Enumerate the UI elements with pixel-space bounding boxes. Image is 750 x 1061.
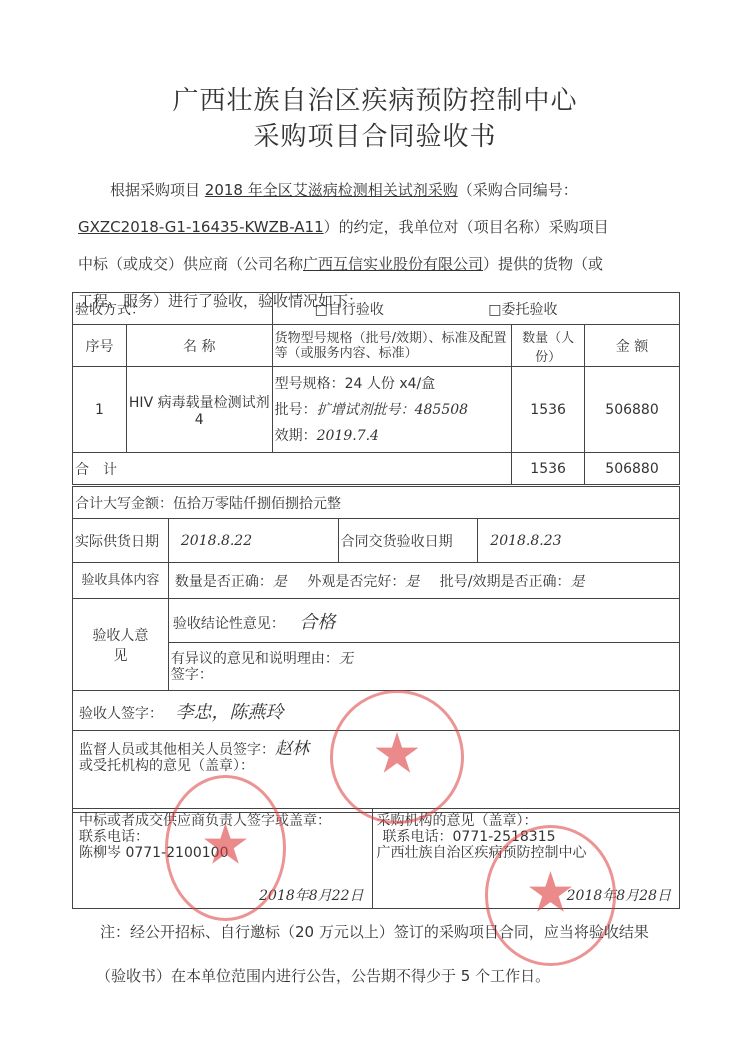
intro-text: 根据采购项目 <box>110 181 200 199</box>
entrusted-inspection-checkbox[interactable]: □委托验收 <box>488 302 557 318</box>
intro-text: ）的约定，我单位对（项目名称）采购项目 <box>324 218 609 236</box>
conclusion-cell: 验收结论性意见： 合格 <box>168 599 679 643</box>
supplier-sign-cell: 中标或者成交供应商负责人签字或盖章： 联系电话： 陈柳岑 0771-210010… <box>73 809 373 909</box>
objection-cell: 有异议的意见和说明理由：无 签字： <box>168 643 679 691</box>
contract-delivery-date: 2018.8.23 <box>478 519 680 563</box>
total-label: 合 计 <box>73 453 512 485</box>
document-title: 广西壮族自治区疾病预防控制中心 <box>0 80 750 117</box>
batch-value: 扩增试剂批号：485508 <box>317 402 468 418</box>
total-amount: 506880 <box>585 453 680 485</box>
conclusion-row: 验收人意见 验收结论性意见： 合格 <box>73 599 680 643</box>
header-qty: 数量（人份） <box>512 325 585 367</box>
supplier-contact: 陈柳岑 0771-2100100 <box>79 845 366 861</box>
purchaser-label: 采购机构的意见（盖章）： <box>377 813 676 829</box>
details-content: 数量是否正确：是 外观是否完好：是 批号/效期是否正确：是 <box>168 563 679 599</box>
table-row: 1 HIV 病毒载量检测试剂 4 型号规格：24 人份 x4/盒 批号：扩增试剂… <box>73 367 680 453</box>
intro-text: 中标（或成交）供应商（公司名称 <box>78 255 303 273</box>
supplier-sign-label: 中标或者成交供应商负责人签字或盖章： <box>79 813 366 829</box>
actual-supply-date: 2018.8.22 <box>168 519 338 563</box>
qty-correct-value: 是 <box>273 574 287 590</box>
spec-text: 型号规格：24 人份 x4/盒 <box>275 371 510 397</box>
entrusted-label: 或受托机构的意见（盖章）： <box>79 758 677 774</box>
qty-correct-label: 数量是否正确： <box>175 574 273 590</box>
self-inspection-checkbox[interactable]: □自行验收 <box>315 302 384 318</box>
supervisor-label: 监督人员或其他相关人员签字： <box>79 742 275 758</box>
row-seq: 1 <box>73 367 127 453</box>
total-qty: 1536 <box>512 453 585 485</box>
appearance-label: 外观是否完好： <box>307 574 405 590</box>
header-spec: 货物型号规格（批号/效期）、标准及配置等（或服务内容、标准） <box>272 325 512 367</box>
opinion-label: 验收人意见 <box>73 599 169 691</box>
objection-label: 有异议的意见和说明理由： <box>171 651 339 667</box>
expiry-label: 效期： <box>275 428 317 444</box>
contract-number: GXZC2018-G1-16435-KWZB-A11 <box>78 218 324 236</box>
amount-words-row: 合计大写金额：伍拾万零陆仟捌佰捌拾元整 <box>73 487 680 519</box>
actual-supply-date-label: 实际供货日期 <box>73 519 169 563</box>
objection-value: 无 <box>339 651 353 667</box>
details-row: 验收具体内容 数量是否正确：是 外观是否完好：是 批号/效期是否正确：是 <box>73 563 680 599</box>
signatures-row: 中标或者成交供应商负责人签字或盖章： 联系电话： 陈柳岑 0771-210010… <box>73 809 680 909</box>
supervisor-signature: 赵林 <box>275 739 309 759</box>
conclusion-label: 验收结论性意见： <box>173 616 285 632</box>
supervisor-cell: 监督人员或其他相关人员签字：赵林 或受托机构的意见（盖章）： <box>73 731 680 813</box>
footnote: 注：经公开招标、自行邀标（20 万元以上）签订的采购项目合同，应当将验收结果 （… <box>100 910 690 998</box>
conclusion-value: 合格 <box>299 612 335 633</box>
amount-in-words: 合计大写金额：伍拾万零陆仟捌佰捌拾元整 <box>73 487 680 519</box>
appearance-value: 是 <box>405 574 419 590</box>
supplier-date: 2018年8月22日 <box>259 888 363 904</box>
sign-label: 签字： <box>171 667 677 683</box>
document-subtitle: 采购项目合同验收书 <box>0 116 750 153</box>
acceptance-table: 合计大写金额：伍拾万零陆仟捌佰捌拾元整 实际供货日期 2018.8.22 合同交… <box>72 486 680 813</box>
inspector-signature: 李忠，陈燕玲 <box>175 702 283 723</box>
project-name: 2018 年全区艾滋病检测相关试剂采购 <box>205 181 458 199</box>
intro-text: （采购合同编号： <box>458 181 578 199</box>
purchaser-phone: 联系电话：0771-2518315 <box>377 829 676 845</box>
method-row: 验收方式： □自行验收 □委托验收 <box>73 293 680 325</box>
expiry-value: 2019.7.4 <box>317 428 379 444</box>
batch-correct-value: 是 <box>571 574 585 590</box>
note-line: 注：经公开招标、自行邀标（20 万元以上）签订的采购项目合同，应当将验收结果 <box>100 910 690 954</box>
purchaser-date: 2018年8月28日 <box>567 888 671 904</box>
row-qty: 1536 <box>512 367 585 453</box>
batch-label: 批号： <box>275 402 317 418</box>
header-row: 序号 名 称 货物型号规格（批号/效期）、标准及配置等（或服务内容、标准） 数量… <box>73 325 680 367</box>
inspector-sign-row: 验收人签字： 李忠，陈燕玲 <box>73 691 680 731</box>
supervisor-row: 监督人员或其他相关人员签字：赵林 或受托机构的意见（盖章）： <box>73 731 680 813</box>
signature-table: 中标或者成交供应商负责人签字或盖章： 联系电话： 陈柳岑 0771-210010… <box>72 808 680 909</box>
inspector-sign-cell: 验收人签字： 李忠，陈燕玲 <box>73 691 680 731</box>
row-name: HIV 病毒载量检测试剂 4 <box>126 367 272 453</box>
purchaser-cell: 采购机构的意见（盖章）： 联系电话：0771-2518315 广西壮族自治区疾病… <box>372 809 680 909</box>
intro-text: ）提供的货物（或 <box>483 255 603 273</box>
batch-correct-label: 批号/效期是否正确： <box>440 574 571 590</box>
header-amount: 金 额 <box>585 325 680 367</box>
method-label: 验收方式： <box>73 293 273 325</box>
row-spec: 型号规格：24 人份 x4/盒 批号：扩增试剂批号：485508 效期：2019… <box>272 367 512 453</box>
row-amount: 506880 <box>585 367 680 453</box>
supplier-name: 广西互信实业股份有限公司 <box>303 255 483 273</box>
dates-row: 实际供货日期 2018.8.22 合同交货验收日期 2018.8.23 <box>73 519 680 563</box>
contract-delivery-date-label: 合同交货验收日期 <box>338 519 478 563</box>
header-seq: 序号 <box>73 325 127 367</box>
method-options: □自行验收 □委托验收 <box>272 293 679 325</box>
inspector-sign-label: 验收人签字： <box>79 706 163 722</box>
goods-table: 验收方式： □自行验收 □委托验收 序号 名 称 货物型号规格（批号/效期）、标… <box>72 292 680 485</box>
supplier-phone-label: 联系电话： <box>79 829 366 845</box>
total-row: 合 计 1536 506880 <box>73 453 680 485</box>
header-name: 名 称 <box>126 325 272 367</box>
purchaser-name: 广西壮族自治区疾病预防控制中心 <box>377 845 676 861</box>
note-line: （验收书）在本单位范围内进行公告，公告期不得少于 5 个工作日。 <box>96 954 690 998</box>
details-label: 验收具体内容 <box>73 563 169 599</box>
